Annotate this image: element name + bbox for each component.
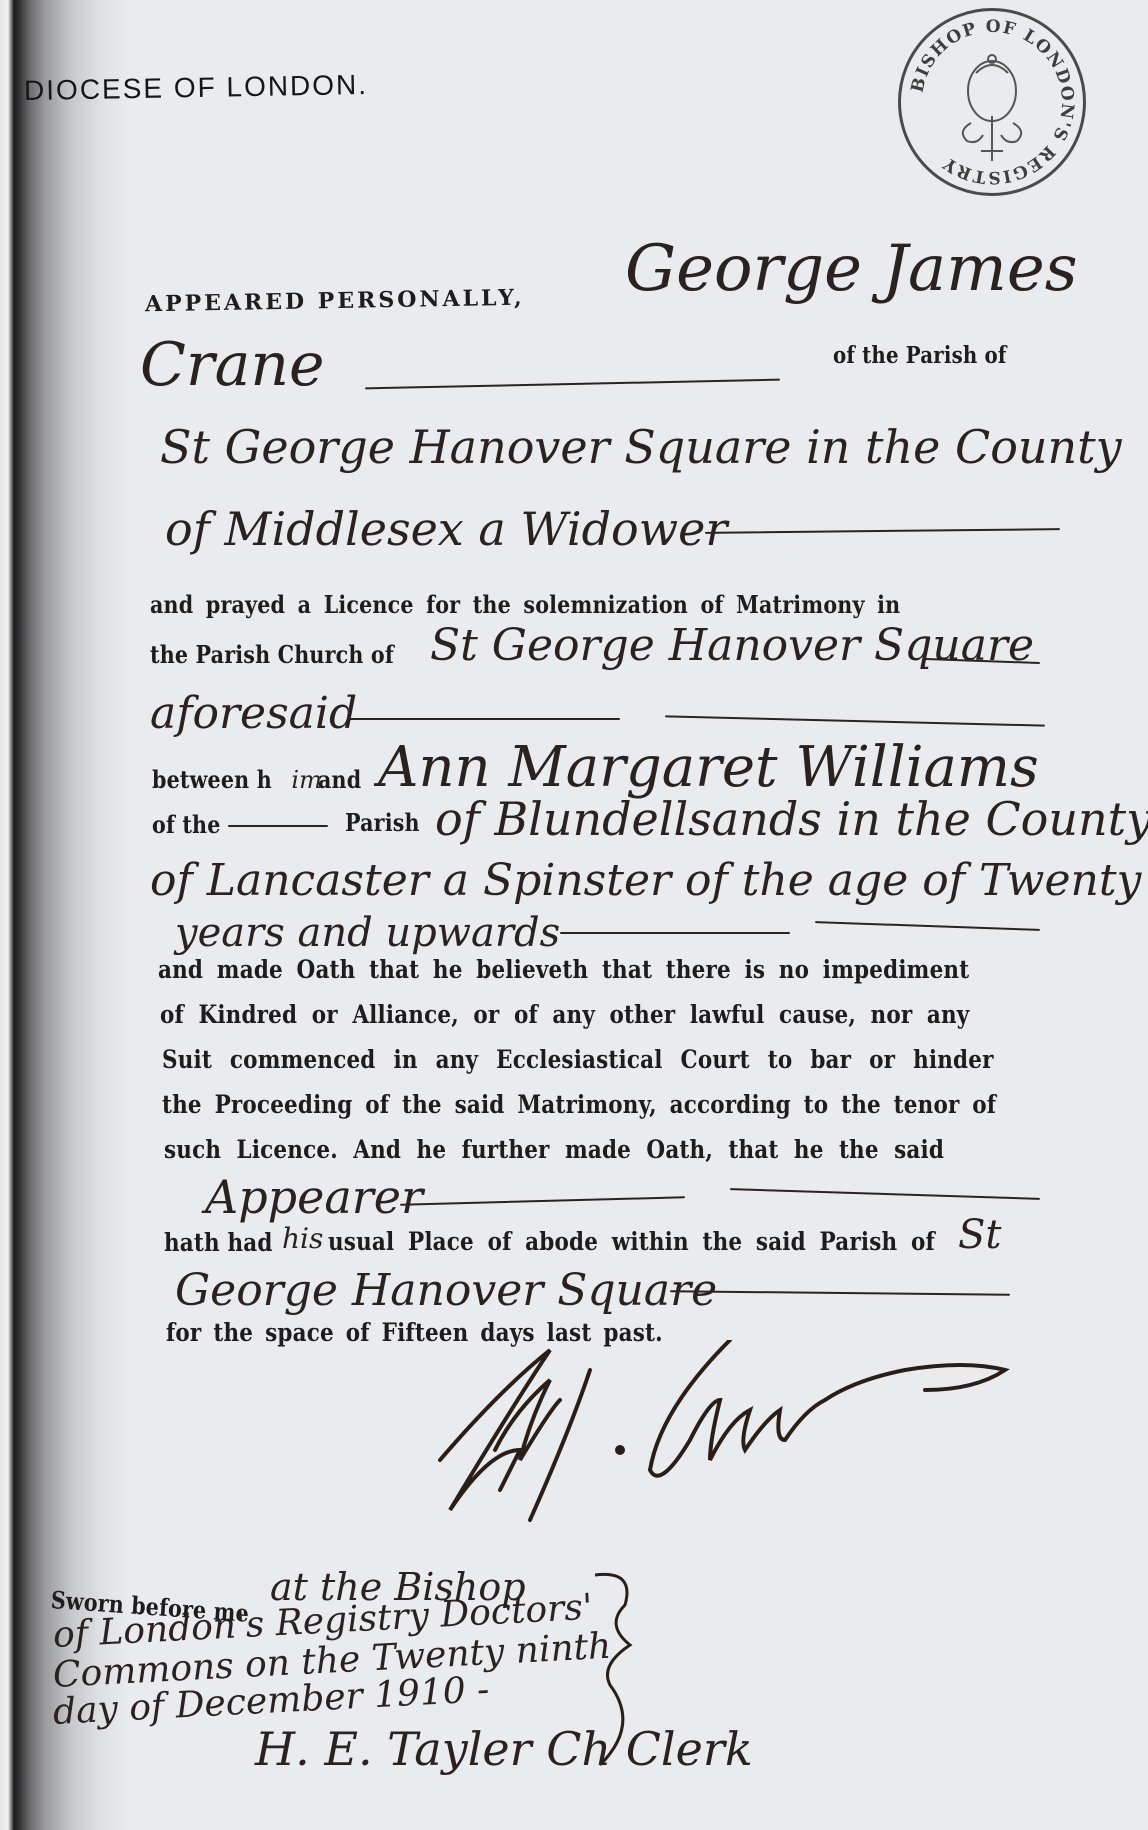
seal-ring-text-icon: BISHOP OF LONDON'S REGISTRY [901,11,1083,193]
parish-label: Parish [345,808,420,837]
oath-line-2: of Kindred or Alliance, or of any other … [160,1000,969,1029]
clerk-signature: H. E. Tayler Ch Clerk [255,1722,753,1776]
book-spine-shadow [0,0,130,1830]
appellant-name-line1: George James [625,232,1078,306]
abode-parish: George Hanover Square [175,1265,717,1316]
document-page: DIOCESE OF LONDON. BISHOP OF LONDON'S RE… [0,0,1148,1830]
bride-parish-line-2: of Lancaster a Spinster of the age of Tw… [150,855,1148,906]
between-label: between him [152,765,322,794]
blank-rule [815,921,1040,931]
parish-line-2: of Middlesex a Widower [165,502,727,556]
abode-label-b: usual Place of abode within the said Par… [328,1227,935,1256]
aforesaid-text: aforesaid [150,688,357,739]
parish-church-label: the Parish Church of [150,640,394,669]
appellant-signature [400,1340,1140,1534]
bride-parish-line-1: of Blundellsands in the County [435,792,1148,846]
parish-line-1: St George Hanover Square in the County [160,420,1122,474]
abode-label-a: hath had [164,1228,273,1257]
appeared-personally-label: APPEARED PERSONALLY, [145,285,525,318]
blank-rule [400,1196,685,1205]
blank-rule [730,1188,1040,1200]
between-and-label: and [318,765,361,794]
blank-rule [665,715,1045,726]
abode-hand: his [282,1222,323,1255]
oath-line-1: and made Oath that he believeth that the… [158,955,969,984]
between-label-a: between h [152,765,272,794]
appellant-name-line2: Crane [140,330,325,400]
prayed-licence-text: and prayed a Licence for the solemnizati… [150,590,900,619]
bride-name: Ann Margaret Williams [378,735,1039,800]
bride-parish-line-3: years and upwards [175,910,560,956]
blank-rule [228,825,328,827]
oath-line-5: such Licence. And he further made Oath, … [164,1135,944,1164]
blank-rule [365,379,780,390]
parish-church-value: St George Hanover Square [430,620,1034,671]
abode-st: St [958,1212,1001,1258]
of-parish-label: of the Parish of [833,342,1007,369]
signature-icon [400,1340,1140,1530]
of-the-label: of the [152,810,221,839]
diocese-header: DIOCESE OF LONDON. [24,69,369,107]
appearer-text: Appearer [205,1170,423,1224]
registry-seal-icon: BISHOP OF LONDON'S REGISTRY [898,8,1086,196]
blank-rule [705,528,1060,534]
oath-line-3: Suit commenced in any Ecclesiastical Cou… [162,1045,994,1074]
abode-line: hath had [164,1228,290,1257]
oath-line-4: the Proceeding of the said Matrimony, ac… [162,1090,996,1119]
blank-rule [350,718,620,720]
blank-rule [560,932,790,934]
blank-rule [670,1290,1010,1296]
svg-text:BISHOP OF LONDON'S REGISTRY: BISHOP OF LONDON'S REGISTRY [908,17,1078,187]
